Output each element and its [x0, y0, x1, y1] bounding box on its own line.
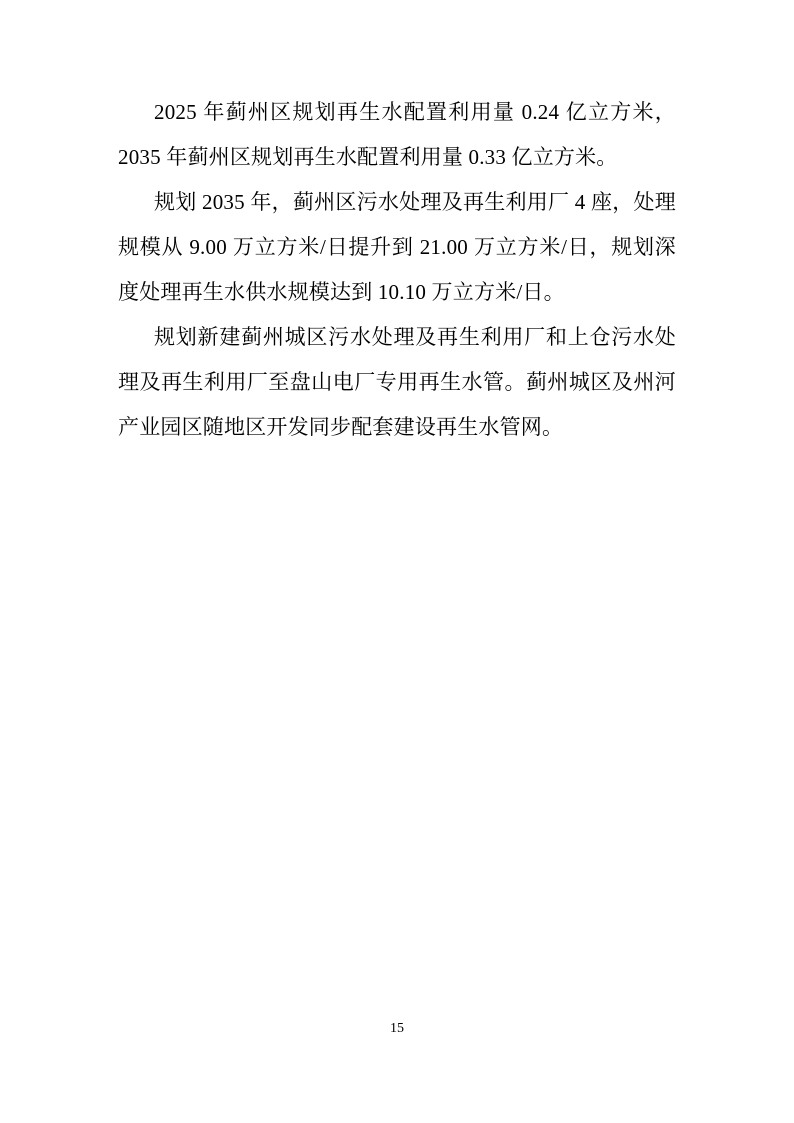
- document-page: 2025 年蓟州区规划再生水配置利用量 0.24 亿立方米，2035 年蓟州区规…: [0, 0, 794, 1123]
- document-body: 2025 年蓟州区规划再生水配置利用量 0.24 亿立方米，2035 年蓟州区规…: [118, 90, 676, 450]
- page-number: 15: [0, 1020, 794, 1038]
- paragraph-reclaimed-water-allocation: 2025 年蓟州区规划再生水配置利用量 0.24 亿立方米，2035 年蓟州区规…: [118, 90, 676, 180]
- paragraph-pipeline-construction: 规划新建蓟州城区污水处理及再生利用厂和上仓污水处理及再生利用厂至盘山电厂专用再生…: [118, 315, 676, 450]
- paragraph-treatment-capacity: 规划 2035 年，蓟州区污水处理及再生利用厂 4 座，处理规模从 9.00 万…: [118, 180, 676, 315]
